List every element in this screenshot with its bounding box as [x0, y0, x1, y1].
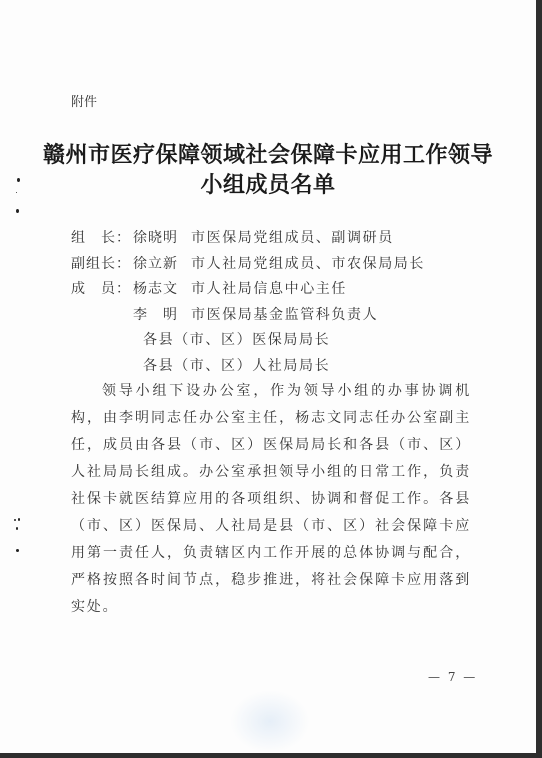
- member-row-member: 各县（市、区）医保局局长: [71, 328, 425, 354]
- member-row-member: 各县（市、区）人社局局长: [71, 354, 425, 380]
- member-name: 徐晓明: [133, 226, 191, 252]
- title-line-2: 小组成员名单: [0, 170, 536, 200]
- document-page: 附件 赣州市医疗保障领域社会保障卡应用工作领导 小组成员名单 组 长： 徐晓明 …: [0, 0, 536, 753]
- member-row-leader: 组 长： 徐晓明 市医保局党组成员、副调研员: [71, 226, 425, 252]
- member-name: 徐立新: [133, 252, 191, 278]
- member-row-member: 成 员： 杨志文 市人社局信息中心主任: [71, 277, 425, 303]
- member-row-member: 李 明 市医保局基金监管科负责人: [71, 303, 425, 329]
- binding-hole-mark: [16, 527, 18, 530]
- member-duty: 市医保局基金监管科负责人: [191, 303, 378, 329]
- member-role: 组 长：: [71, 226, 133, 252]
- member-name: 杨志文: [133, 277, 191, 303]
- attachment-label: 附件: [71, 91, 97, 110]
- member-duty: 市医保局党组成员、副调研员: [191, 226, 394, 252]
- binding-hole-mark: [18, 518, 20, 521]
- member-duty: 各县（市、区）医保局局长: [143, 328, 330, 354]
- scan-artifact: [230, 690, 310, 753]
- body-paragraph: 领导小组下设办公室，作为领导小组的办事协调机构，由李明同志任办公室主任，杨志文同…: [71, 378, 471, 621]
- member-role: 成 员：: [71, 277, 133, 303]
- member-duty: 市人社局信息中心主任: [191, 277, 347, 303]
- binding-hole-mark: [16, 549, 19, 552]
- page-number: — 7 —: [428, 670, 477, 684]
- member-row-deputy-leader: 副组长： 徐立新 市人社局党组成员、市农保局局长: [71, 252, 425, 278]
- binding-hole-mark: [16, 209, 19, 213]
- member-role: 副组长：: [71, 252, 133, 278]
- binding-hole-mark: [14, 519, 16, 521]
- member-duty: 市人社局党组成员、市农保局局长: [191, 252, 425, 278]
- title-line-1: 赣州市医疗保障领域社会保障卡应用工作领导: [0, 140, 536, 170]
- member-list: 组 长： 徐晓明 市医保局党组成员、副调研员 副组长： 徐立新 市人社局党组成员…: [71, 226, 425, 379]
- member-name: 李 明: [133, 303, 191, 329]
- document-title: 赣州市医疗保障领域社会保障卡应用工作领导 小组成员名单: [0, 140, 536, 200]
- member-duty: 各县（市、区）人社局局长: [143, 354, 330, 380]
